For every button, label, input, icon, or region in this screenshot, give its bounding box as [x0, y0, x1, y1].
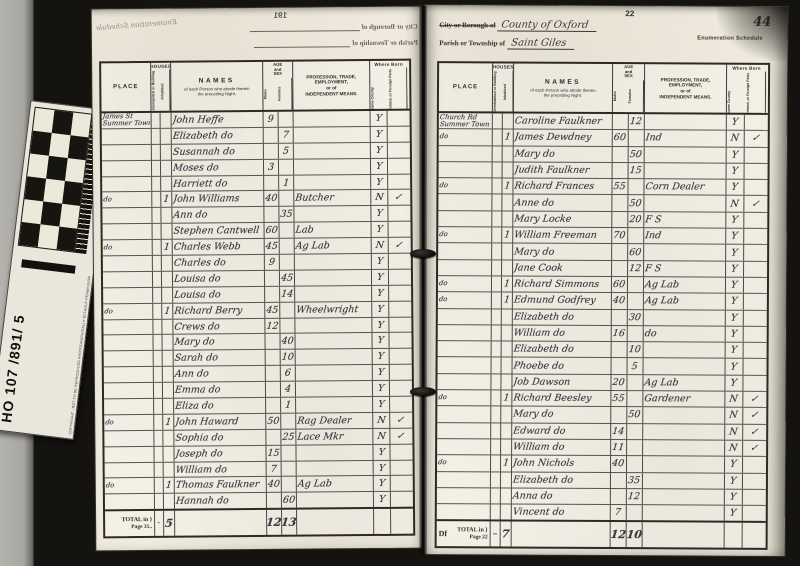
name-cell: William do — [175, 462, 267, 478]
born-other-cell — [743, 490, 764, 505]
name-cell: Louisa do — [173, 287, 265, 303]
born-county-cell: Y — [372, 302, 389, 317]
born-county-value: N — [375, 192, 385, 203]
age-male-value: 20 — [612, 377, 626, 388]
uninhabited-cell — [491, 407, 501, 422]
uninhabited-cell — [492, 260, 502, 275]
age-male-value: 40 — [613, 295, 627, 306]
uninhabited-cell — [153, 288, 162, 303]
born-county-cell: Y — [725, 473, 743, 488]
profession-cell — [644, 310, 726, 326]
age-male-cell: 40 — [611, 456, 627, 471]
age-male-cell — [266, 398, 281, 413]
born-other-cell — [391, 460, 411, 475]
born-other-value: ✓ — [751, 133, 760, 144]
place-cell: Church Rd Summer Town — [439, 113, 493, 129]
age-male-cell — [613, 147, 629, 162]
inhabited-cell — [161, 160, 172, 175]
age-female-cell — [280, 318, 295, 333]
name-cell: Ann do — [174, 366, 266, 382]
inhabited-cell: 1 — [163, 415, 174, 430]
profession-cell — [295, 333, 372, 349]
uninhabited-cell — [155, 478, 164, 493]
age-female-cell: 6 — [281, 366, 296, 381]
inhabited-cell — [501, 439, 512, 454]
age-female-cell — [628, 277, 644, 292]
born-county-cell: Y — [373, 445, 390, 460]
inhabited-cell: 1 — [501, 391, 512, 406]
age-female-value: 4 — [284, 384, 291, 395]
name-cell: Elizabeth do — [513, 342, 612, 358]
age-male-value: 3 — [267, 161, 274, 172]
folio-number-handwritten: 44 — [753, 15, 771, 30]
name-cell: Richard Frances — [513, 179, 612, 195]
inhabited-cell: 1 — [502, 293, 513, 308]
uninhabited-cell — [492, 227, 502, 242]
age-female-cell — [281, 414, 296, 429]
table-row: do 1 John Nichols 40 Y — [437, 455, 766, 473]
born-other-cell — [744, 359, 765, 374]
age-male-cell: 60 — [612, 277, 628, 292]
age-male-cell: 20 — [611, 375, 627, 390]
profession-cell — [296, 349, 373, 365]
uninhabited-cell — [152, 145, 161, 160]
uninhabited-cell — [153, 319, 162, 334]
name-value: Elizabeth do — [512, 474, 574, 485]
header-where-born: Where Born Whether Born in same County W… — [370, 61, 407, 109]
uninhabited-cell — [491, 390, 501, 405]
age-female-value: 45 — [280, 273, 293, 284]
inhabited-cell: 1 — [161, 192, 172, 207]
uninhabited-cell — [155, 462, 164, 477]
age-female-value: 50 — [628, 410, 642, 421]
profession-cell: Ag Lab — [644, 277, 726, 293]
name-value: John Haward — [175, 416, 239, 428]
inhabited-cell — [502, 260, 513, 275]
header-age-sex: AGE and SEX Males Females — [263, 62, 293, 110]
table-row: Elizabeth do 10 Y — [438, 341, 767, 359]
profession-cell — [295, 286, 372, 302]
age-female-cell: 1 — [279, 175, 294, 190]
age-female-cell — [627, 424, 643, 439]
profession-value: Ag Lab — [297, 479, 332, 490]
born-county-cell: Y — [725, 457, 743, 472]
born-other-cell — [744, 327, 765, 342]
name-cell: Susannah do — [172, 144, 264, 160]
inhabited-cell: 1 — [502, 276, 513, 291]
age-female-cell: 4 — [281, 382, 296, 397]
inhabited-cell — [162, 272, 173, 287]
inhabited-cell — [161, 129, 172, 144]
age-male-cell: 70 — [612, 228, 628, 243]
place-cell — [102, 208, 152, 223]
born-county-cell: Y — [373, 349, 390, 364]
table-row: Vincent do 7 Y — [437, 504, 766, 521]
age-female-cell: 35 — [627, 473, 643, 488]
inhabited-cell: 1 — [502, 179, 513, 194]
uninhabited-cell — [155, 494, 164, 509]
name-cell: Joseph do — [174, 446, 266, 462]
place-value: do — [105, 483, 114, 490]
age-male-value: 16 — [612, 328, 626, 339]
age-female-value: 1 — [284, 400, 291, 411]
inhabited-cell — [502, 325, 513, 340]
profession-cell — [643, 505, 725, 521]
uninhabited-cell — [152, 176, 161, 191]
profession-cell: Wheelwright — [295, 302, 372, 318]
total-females-value: 13 — [282, 516, 297, 529]
place-cell: do — [103, 304, 153, 319]
name-value: Elizabeth do — [172, 130, 233, 142]
header-names-title: NAMES — [545, 78, 581, 85]
born-other-cell — [390, 381, 410, 396]
born-county-cell: Y — [374, 460, 391, 475]
inhabited-cell — [501, 505, 512, 520]
age-female-cell — [280, 239, 295, 254]
born-other-cell — [743, 375, 764, 390]
age-male-cell — [612, 342, 628, 357]
profession-cell — [295, 254, 372, 270]
inhabited-cell — [163, 383, 174, 398]
born-other-cell — [745, 164, 766, 179]
uninhabited-cell — [152, 208, 161, 223]
born-county-cell: Y — [371, 159, 388, 174]
total-females: 10 — [627, 523, 643, 548]
total-uninhabited: · — [155, 511, 164, 536]
age-female-cell: 12 — [627, 489, 643, 504]
born-other-cell: ✓ — [743, 408, 764, 423]
inhabited-cell — [501, 488, 512, 503]
born-other-cell — [389, 222, 409, 237]
uninhabited-cell — [493, 113, 503, 128]
born-county-value: Y — [375, 145, 383, 156]
header-houses-label: HOUSES — [151, 64, 171, 69]
inhabited-cell — [161, 176, 172, 191]
uninhabited-cell — [492, 179, 502, 194]
inhabited-value: 1 — [503, 295, 510, 306]
header-males-label: Males — [263, 78, 277, 110]
born-other-cell — [389, 317, 409, 332]
age-male-value: 11 — [612, 442, 626, 453]
name-value: Vincent do — [512, 507, 565, 518]
header-females-label: Females — [277, 77, 292, 109]
name-cell: Eliza do — [174, 398, 266, 414]
age-male-value: 60 — [265, 225, 278, 236]
name-value: Mary do — [513, 246, 555, 257]
table-row: Anna do 12 Y — [437, 488, 766, 506]
header-age-3: SEX — [624, 74, 633, 79]
age-female-cell: 60 — [628, 244, 644, 259]
born-county-value: N — [377, 431, 387, 442]
born-county-cell: Y — [726, 310, 744, 325]
copyright-microtext: COPYRIGHT - NOT TO BE REPRODUCED PHOTOGR… — [68, 259, 93, 434]
place-cell — [439, 162, 493, 178]
place-cell — [102, 176, 152, 191]
profession-cell: Corn Dealer — [644, 179, 726, 195]
city-borough-label-mirrored: City or Borough of — [361, 23, 417, 31]
name-value: Richard Frances — [514, 181, 595, 192]
profession-cell — [296, 397, 373, 413]
place-cell — [438, 260, 492, 276]
name-value: Thomas Faulkner — [175, 479, 260, 491]
born-county-cell: N — [725, 392, 743, 407]
born-county-value: N — [729, 426, 739, 437]
born-other-cell — [390, 397, 410, 412]
footer-mark: Df — [439, 529, 448, 538]
uninhabited-cell — [492, 358, 502, 373]
left-page-number-mirrored: 191 — [274, 11, 287, 20]
age-male-cell: 55 — [612, 179, 628, 194]
uninhabited-cell — [153, 304, 162, 319]
age-female-cell: 12 — [629, 114, 645, 129]
profession-cell — [643, 489, 725, 505]
place-cell: do — [437, 455, 491, 471]
profession-value: Ind — [645, 133, 662, 144]
age-female-cell: 7 — [279, 128, 294, 143]
name-value: Edmund Godfrey — [513, 295, 596, 306]
profession-value: Butcher — [295, 193, 335, 204]
born-county-cell: Y — [727, 147, 745, 162]
name-value: Elizabeth do — [513, 344, 575, 355]
header-born-other: Whether Born in Scotland, Ireland, or Fo… — [746, 72, 766, 113]
table-row: Mary do 50 N ✓ — [437, 406, 766, 424]
header-uninhabited-label: Uninhabited or Building — [493, 70, 503, 111]
header-age-sex: AGE and SEX Males Females — [613, 64, 645, 112]
inhabited-cell — [502, 309, 513, 324]
uninhabited-cell — [491, 456, 501, 471]
profession-cell — [643, 408, 725, 424]
uninhabited-cell — [492, 276, 502, 291]
age-male-cell — [613, 114, 629, 129]
born-county-cell: Y — [726, 359, 744, 374]
born-county-cell: Y — [726, 278, 744, 293]
left-enumeration-schedule-mirrored: Enumeration Schedule — [96, 18, 178, 32]
binder-ring-top — [410, 249, 436, 258]
total-uninhabited-value: – — [492, 529, 498, 540]
born-other-cell — [388, 127, 408, 142]
name-value: William do — [512, 442, 565, 453]
uninhabited-cell — [493, 146, 503, 161]
profession-cell — [645, 114, 727, 130]
uninhabited-cell — [492, 342, 502, 357]
inhabited-cell — [161, 145, 172, 160]
name-cell: John Nichols — [512, 456, 611, 472]
profession-cell — [644, 196, 726, 212]
uninhabited-cell — [154, 431, 163, 446]
age-female-cell — [628, 326, 644, 341]
born-county-value: Y — [375, 129, 383, 140]
profession-value: Gardener — [644, 393, 691, 404]
profession-cell — [294, 143, 371, 159]
born-other-cell: ✓ — [745, 131, 766, 146]
born-county-cell: N — [726, 196, 744, 211]
profession-value: Ind — [645, 230, 662, 241]
born-other-cell — [388, 111, 408, 126]
born-county-value: Y — [730, 361, 738, 372]
header-profession: PROFESSION, TRADE, EMPLOYMENT, or of IND… — [293, 61, 370, 110]
name-value: William do — [513, 328, 566, 339]
born-county-value: Y — [376, 208, 384, 219]
age-female-value: 35 — [280, 209, 293, 220]
total-born1-blank — [374, 509, 391, 534]
name-cell: Richard Beesley — [512, 391, 611, 407]
born-other-cell — [388, 174, 408, 189]
born-county-value: N — [729, 443, 739, 454]
born-other-cell: ✓ — [743, 424, 764, 439]
name-cell: Thomas Faulkner — [175, 477, 267, 493]
inhabited-value: 1 — [165, 480, 172, 491]
profession-cell: Ag Lab — [297, 476, 374, 492]
uninhabited-cell — [493, 130, 503, 145]
age-male-value: 7 — [615, 507, 622, 518]
place-cell — [437, 439, 491, 455]
place-cell — [437, 374, 491, 390]
born-other-cell — [389, 254, 409, 269]
table-row: Hannah do 60 Y — [105, 492, 413, 510]
header-inhabited-label: Inhabited — [502, 70, 513, 111]
place-cell: do — [438, 178, 492, 194]
born-other-cell — [744, 310, 765, 325]
total-males-value: 12 — [267, 516, 282, 529]
name-value: Richard Berry — [174, 305, 243, 317]
age-female-cell — [629, 130, 645, 145]
age-male-cell — [265, 271, 280, 286]
uninhabited-cell — [493, 162, 503, 177]
born-county-value: Y — [731, 280, 739, 291]
uninhabited-cell — [492, 293, 502, 308]
place-cell — [104, 351, 154, 366]
place-value: do — [103, 244, 112, 251]
profession-cell — [644, 245, 726, 261]
age-male-value: 9 — [268, 257, 275, 268]
place-value: do — [439, 231, 448, 238]
uninhabited-cell — [491, 505, 501, 520]
name-cell: Mary do — [513, 244, 612, 260]
born-other-cell: ✓ — [743, 441, 764, 456]
born-county-cell: N — [373, 429, 390, 444]
name-cell: Vincent do — [512, 505, 611, 521]
name-value: Elizabeth do — [513, 311, 575, 322]
place-cell — [438, 195, 492, 211]
born-other-cell — [744, 343, 765, 358]
age-female-value: 12 — [629, 263, 643, 274]
born-other-cell — [743, 506, 764, 521]
census-page-right: 22 44 Enumeration Schedule City or Borou… — [423, 5, 788, 556]
born-county-cell: Y — [726, 245, 744, 260]
inhabited-cell — [502, 211, 513, 226]
born-other-cell — [743, 473, 764, 488]
profession-value: Ag Lab — [644, 296, 679, 307]
age-female-value: 50 — [629, 198, 643, 209]
binder-ring-bottom — [410, 387, 436, 396]
name-value: Mary Locke — [514, 213, 572, 224]
born-county-value: Y — [731, 296, 739, 307]
inhabited-cell: 1 — [162, 303, 173, 318]
age-female-cell — [627, 440, 643, 455]
born-county-cell: Y — [727, 164, 745, 179]
born-county-value: Y — [375, 161, 383, 172]
place-cell: James St Summer Town — [102, 113, 152, 128]
name-cell: Jane Cook — [513, 260, 612, 276]
age-female-value: 7 — [282, 130, 289, 141]
profession-cell — [295, 270, 372, 286]
born-other-cell — [744, 229, 765, 244]
age-female-value: 12 — [628, 491, 642, 502]
age-male-cell — [611, 473, 627, 488]
inhabited-cell — [502, 244, 513, 259]
age-male-cell — [264, 144, 279, 159]
age-male-cell: 9 — [265, 255, 280, 270]
total-born2-blank — [743, 523, 764, 548]
born-county-cell: Y — [372, 317, 389, 332]
born-county-cell: Y — [726, 212, 744, 227]
age-male-value: 50 — [267, 416, 280, 427]
name-value: Moses do — [172, 162, 219, 173]
born-other-cell — [744, 261, 765, 276]
place-cell — [104, 367, 154, 382]
age-male-value: 45 — [265, 241, 278, 252]
age-female-cell: 5 — [628, 359, 644, 374]
age-female-value: 30 — [629, 312, 643, 323]
name-value: Mary do — [513, 409, 555, 420]
name-cell: Mary do — [514, 146, 613, 162]
profession-value: F S — [645, 214, 663, 225]
age-female-cell: 50 — [629, 147, 645, 162]
born-other-cell — [744, 294, 765, 309]
age-male-cell: 14 — [611, 424, 627, 439]
uninhabited-cell — [154, 383, 163, 398]
born-county-cell: Y — [373, 381, 390, 396]
county-handwritten-value: County of Oxford — [501, 19, 590, 30]
place-cell — [104, 383, 154, 398]
inhabited-cell — [501, 472, 512, 487]
name-cell: Edmund Godfrey — [513, 293, 612, 309]
age-male-cell — [265, 334, 280, 349]
uninhabited-cell — [153, 272, 162, 287]
table-row: do 1 Edmund Godfrey 40 Ag Lab Y — [438, 292, 767, 310]
name-value: Harriett do — [173, 178, 228, 189]
place-cell: do — [439, 129, 493, 145]
age-male-value: 55 — [612, 393, 626, 404]
uninhabited-cell — [154, 399, 163, 414]
age-female-value: 15 — [629, 165, 643, 176]
header-names-sub2: the preceding Night. — [198, 91, 237, 96]
name-cell: Elizabeth do — [513, 309, 612, 325]
born-other-cell — [391, 476, 411, 491]
age-female-value: 12 — [630, 116, 644, 127]
born-other-cell — [744, 213, 765, 228]
born-county-value: Y — [731, 182, 739, 193]
age-female-value: 10 — [281, 352, 294, 363]
place-cell — [103, 320, 153, 335]
profession-cell — [645, 163, 727, 179]
name-cell: Edward do — [512, 423, 611, 439]
total-label-2: Page 22 — [469, 534, 487, 541]
census-page-left: 191 Enumeration Schedule City or Borough… — [92, 7, 427, 551]
name-value: Anne do — [514, 197, 555, 208]
table-row: do 1 James Dewdney 60 Ind N ✓ — [439, 129, 768, 147]
age-female-cell: 60 — [282, 493, 297, 508]
uninhabited-cell — [491, 423, 501, 438]
table-row: William do 11 N ✓ — [437, 439, 766, 457]
uninhabited-cell — [491, 439, 501, 454]
header-names: NAMES of each Person who abode therein t… — [514, 64, 613, 113]
age-male-cell: 15 — [266, 446, 281, 461]
born-county-cell: Y — [373, 397, 390, 412]
born-county-value: N — [730, 198, 740, 209]
uninhabited-cell — [491, 488, 501, 503]
age-male-value: 70 — [613, 230, 627, 241]
